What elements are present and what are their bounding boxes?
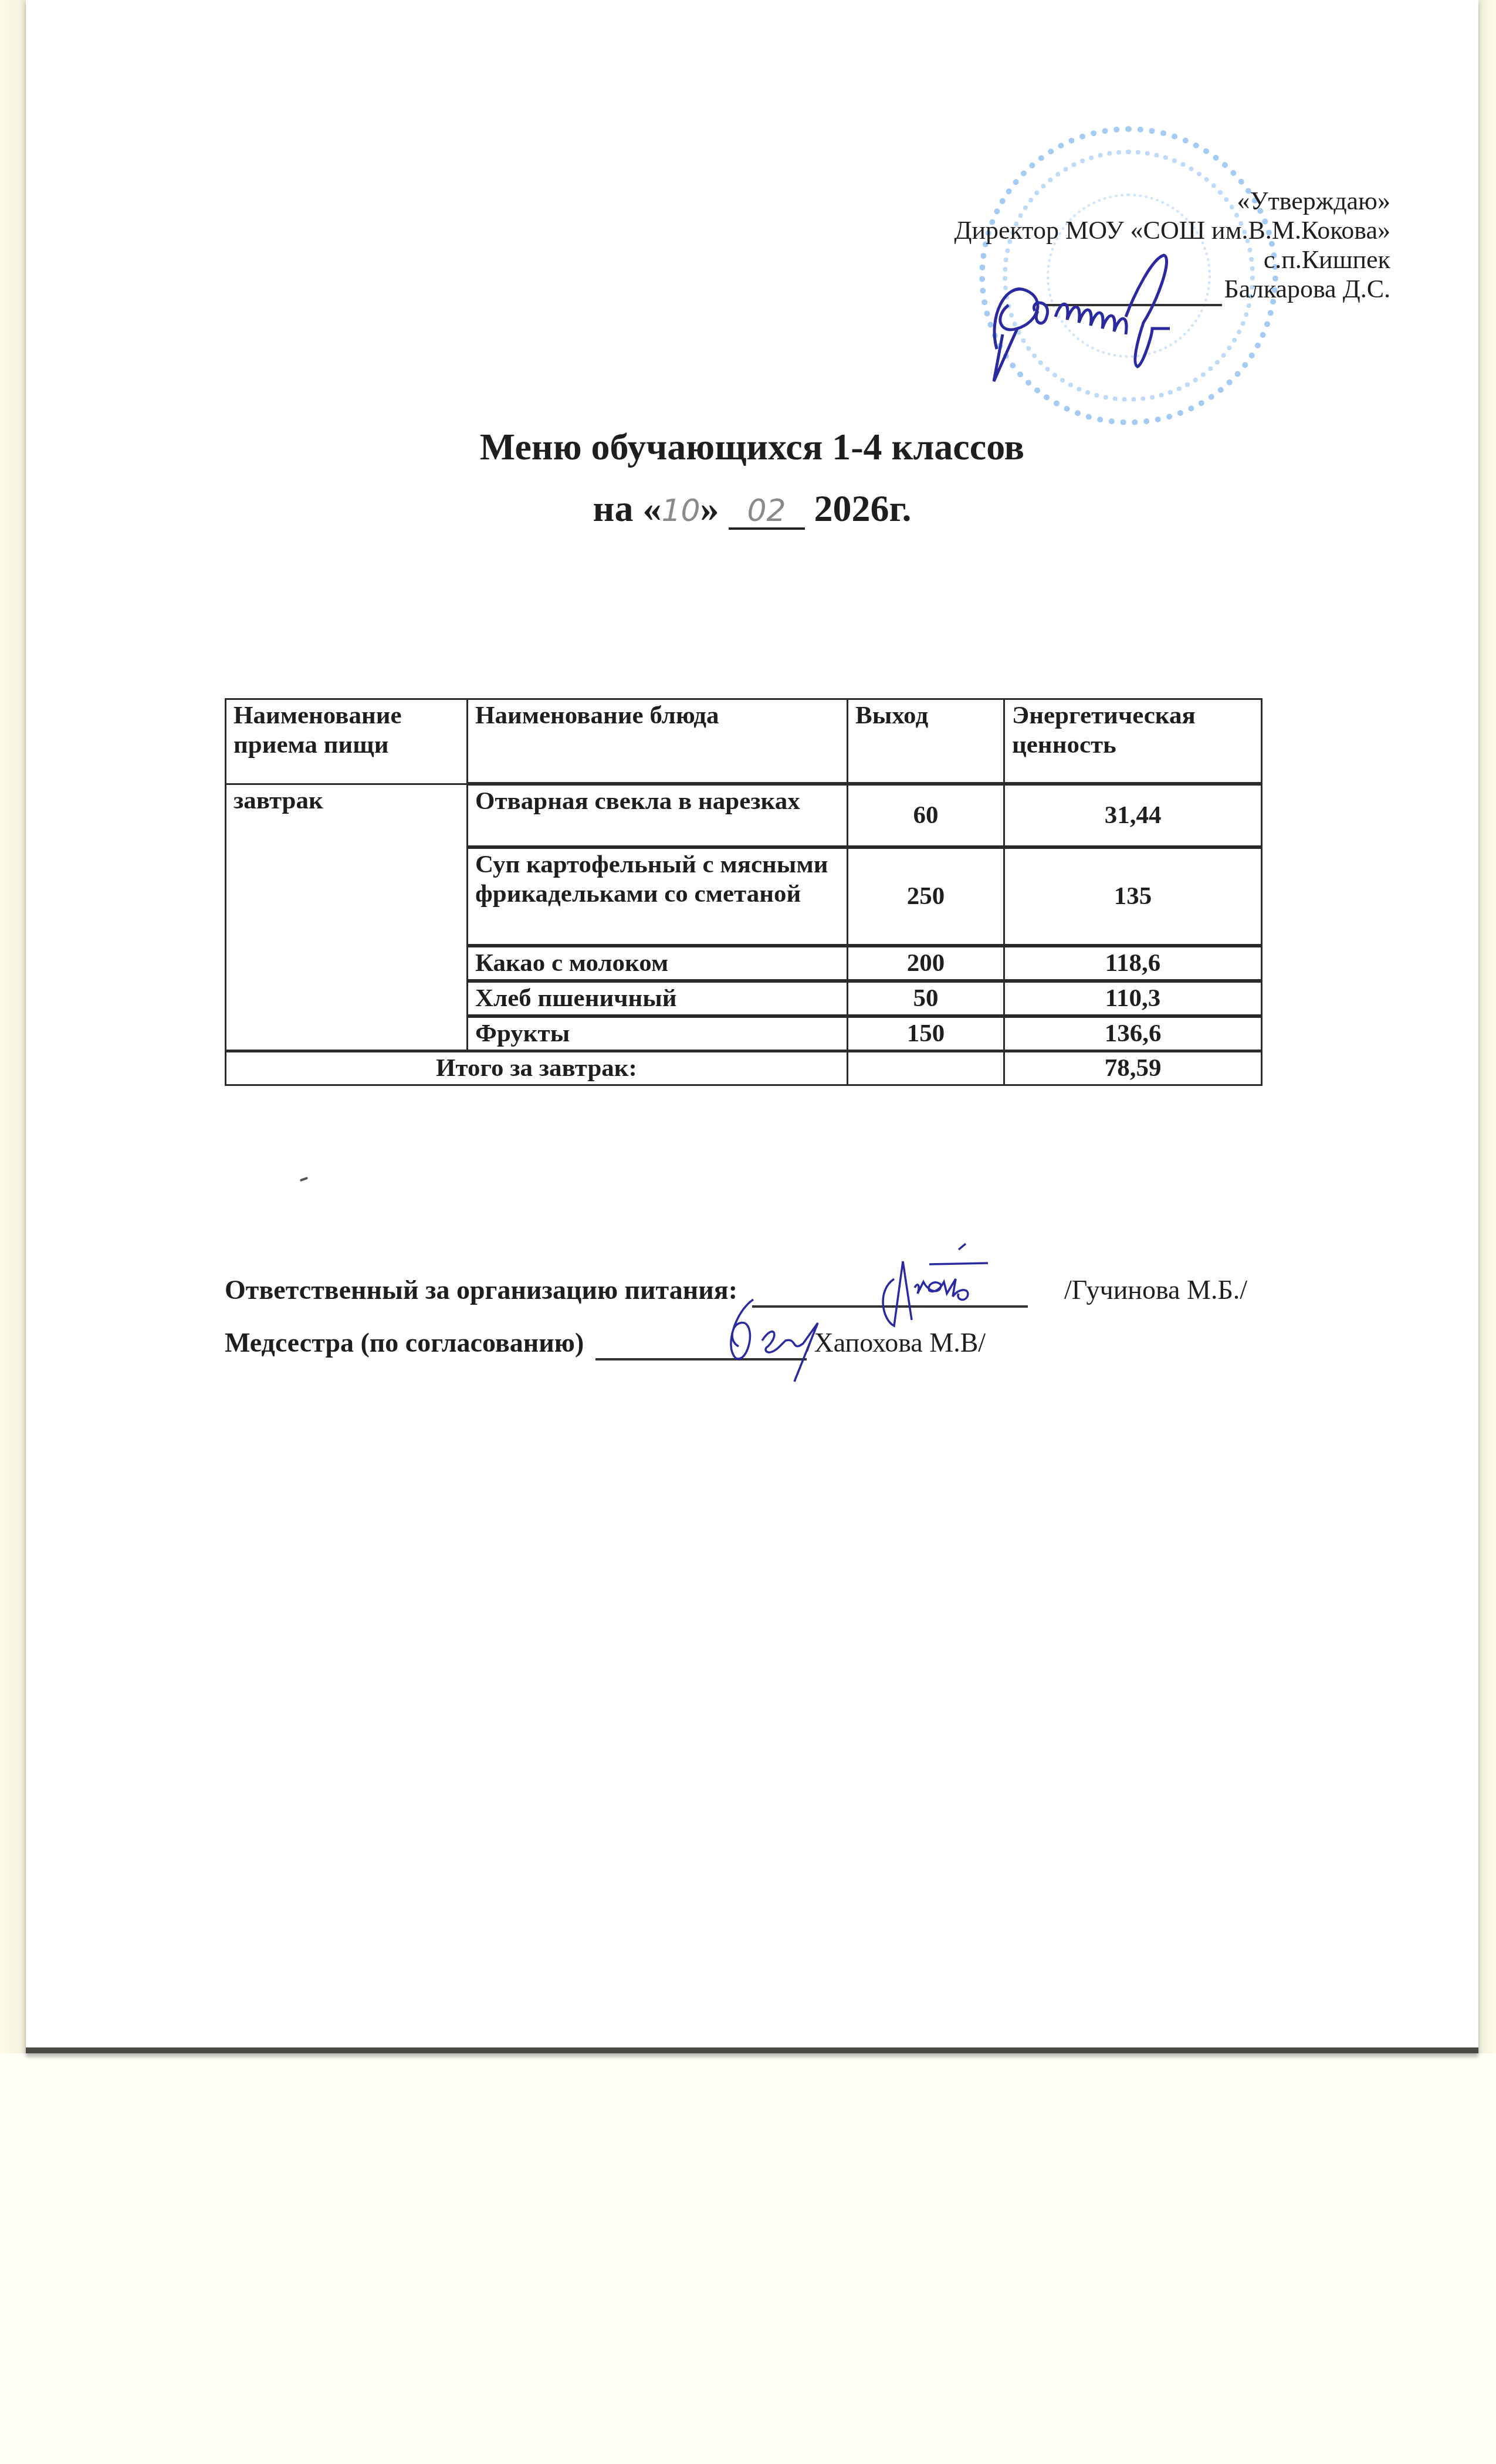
approval-block: «Утверждаю» Директор МОУ «СОШ им.В.М.Кок…: [686, 187, 1390, 306]
header-meal: Наименование приема пищи: [226, 699, 468, 784]
dish-name: Какао с молоком: [468, 946, 848, 981]
table-row: завтрак Отварная свекла в нарезках 60 31…: [226, 784, 1262, 847]
responsible-label: Ответственный за организацию питания:: [225, 1275, 737, 1305]
total-label: Итого за завтрак:: [226, 1051, 848, 1085]
nurse-name: /Хапохова М.В/: [807, 1328, 986, 1358]
header-yield: Выход: [848, 699, 1004, 784]
header-energy: Энергетическая ценность: [1004, 699, 1262, 784]
dish-energy: 136,6: [1004, 1016, 1262, 1051]
page-title: Меню обучающихся 1-4 классов: [26, 425, 1478, 469]
total-energy: 78,59: [1004, 1051, 1262, 1085]
responsible-signature-row: Ответственный за организацию питания: /Г…: [225, 1274, 1247, 1308]
dish-energy: 118,6: [1004, 946, 1262, 981]
director-signature-line: [1046, 275, 1222, 306]
date-month: 02: [747, 493, 786, 529]
document-page: «Утверждаю» Директор МОУ «СОШ им.В.М.Кок…: [26, 0, 1478, 2053]
dish-name: Хлеб пшеничный: [468, 981, 848, 1016]
scan-background-right: [1478, 0, 1496, 2053]
dish-yield: 200: [848, 946, 1004, 981]
table-total-row: Итого за завтрак: 78,59: [226, 1051, 1262, 1085]
stray-mark: [300, 1177, 309, 1182]
dish-yield: 250: [848, 847, 1004, 946]
dish-energy: 110,3: [1004, 981, 1262, 1016]
responsible-name: /Гучинова М.Б./: [1064, 1275, 1247, 1305]
nurse-signature-row: Медсестра (по согласованию) /Хапохова М.…: [225, 1327, 986, 1360]
approval-locality: с.п.Кишпек: [686, 245, 1390, 275]
dish-yield: 60: [848, 784, 1004, 847]
scan-background-left: [0, 0, 26, 2053]
approval-name: Балкарова Д.С.: [686, 275, 1390, 306]
menu-date: на «10» 02 2026г.: [26, 487, 1478, 530]
dish-name: Суп картофельный с мясными фрикадельками…: [468, 847, 848, 946]
dish-energy: 135: [1004, 847, 1262, 946]
menu-table: Наименование приема пищи Наименование бл…: [225, 698, 1263, 1086]
nurse-signature-line: [595, 1327, 807, 1360]
dish-name: Отварная свекла в нарезках: [468, 784, 848, 847]
nurse-label: Медсестра (по согласованию): [225, 1328, 584, 1358]
total-yield: [848, 1051, 1004, 1085]
approval-position: Директор МОУ «СОШ им.В.М.Кокова»: [686, 216, 1390, 245]
approval-heading: «Утверждаю»: [686, 187, 1390, 216]
date-day: 10: [661, 493, 700, 529]
dish-energy: 31,44: [1004, 784, 1262, 847]
table-header-row: Наименование приема пищи Наименование бл…: [226, 699, 1262, 784]
header-dish: Наименование блюда: [468, 699, 848, 784]
responsible-signature-line: [752, 1274, 1028, 1308]
meal-name: завтрак: [226, 784, 468, 1051]
dish-name: Фрукты: [468, 1016, 848, 1051]
dish-yield: 50: [848, 981, 1004, 1016]
dish-yield: 150: [848, 1016, 1004, 1051]
date-year: 2026г.: [814, 488, 912, 529]
